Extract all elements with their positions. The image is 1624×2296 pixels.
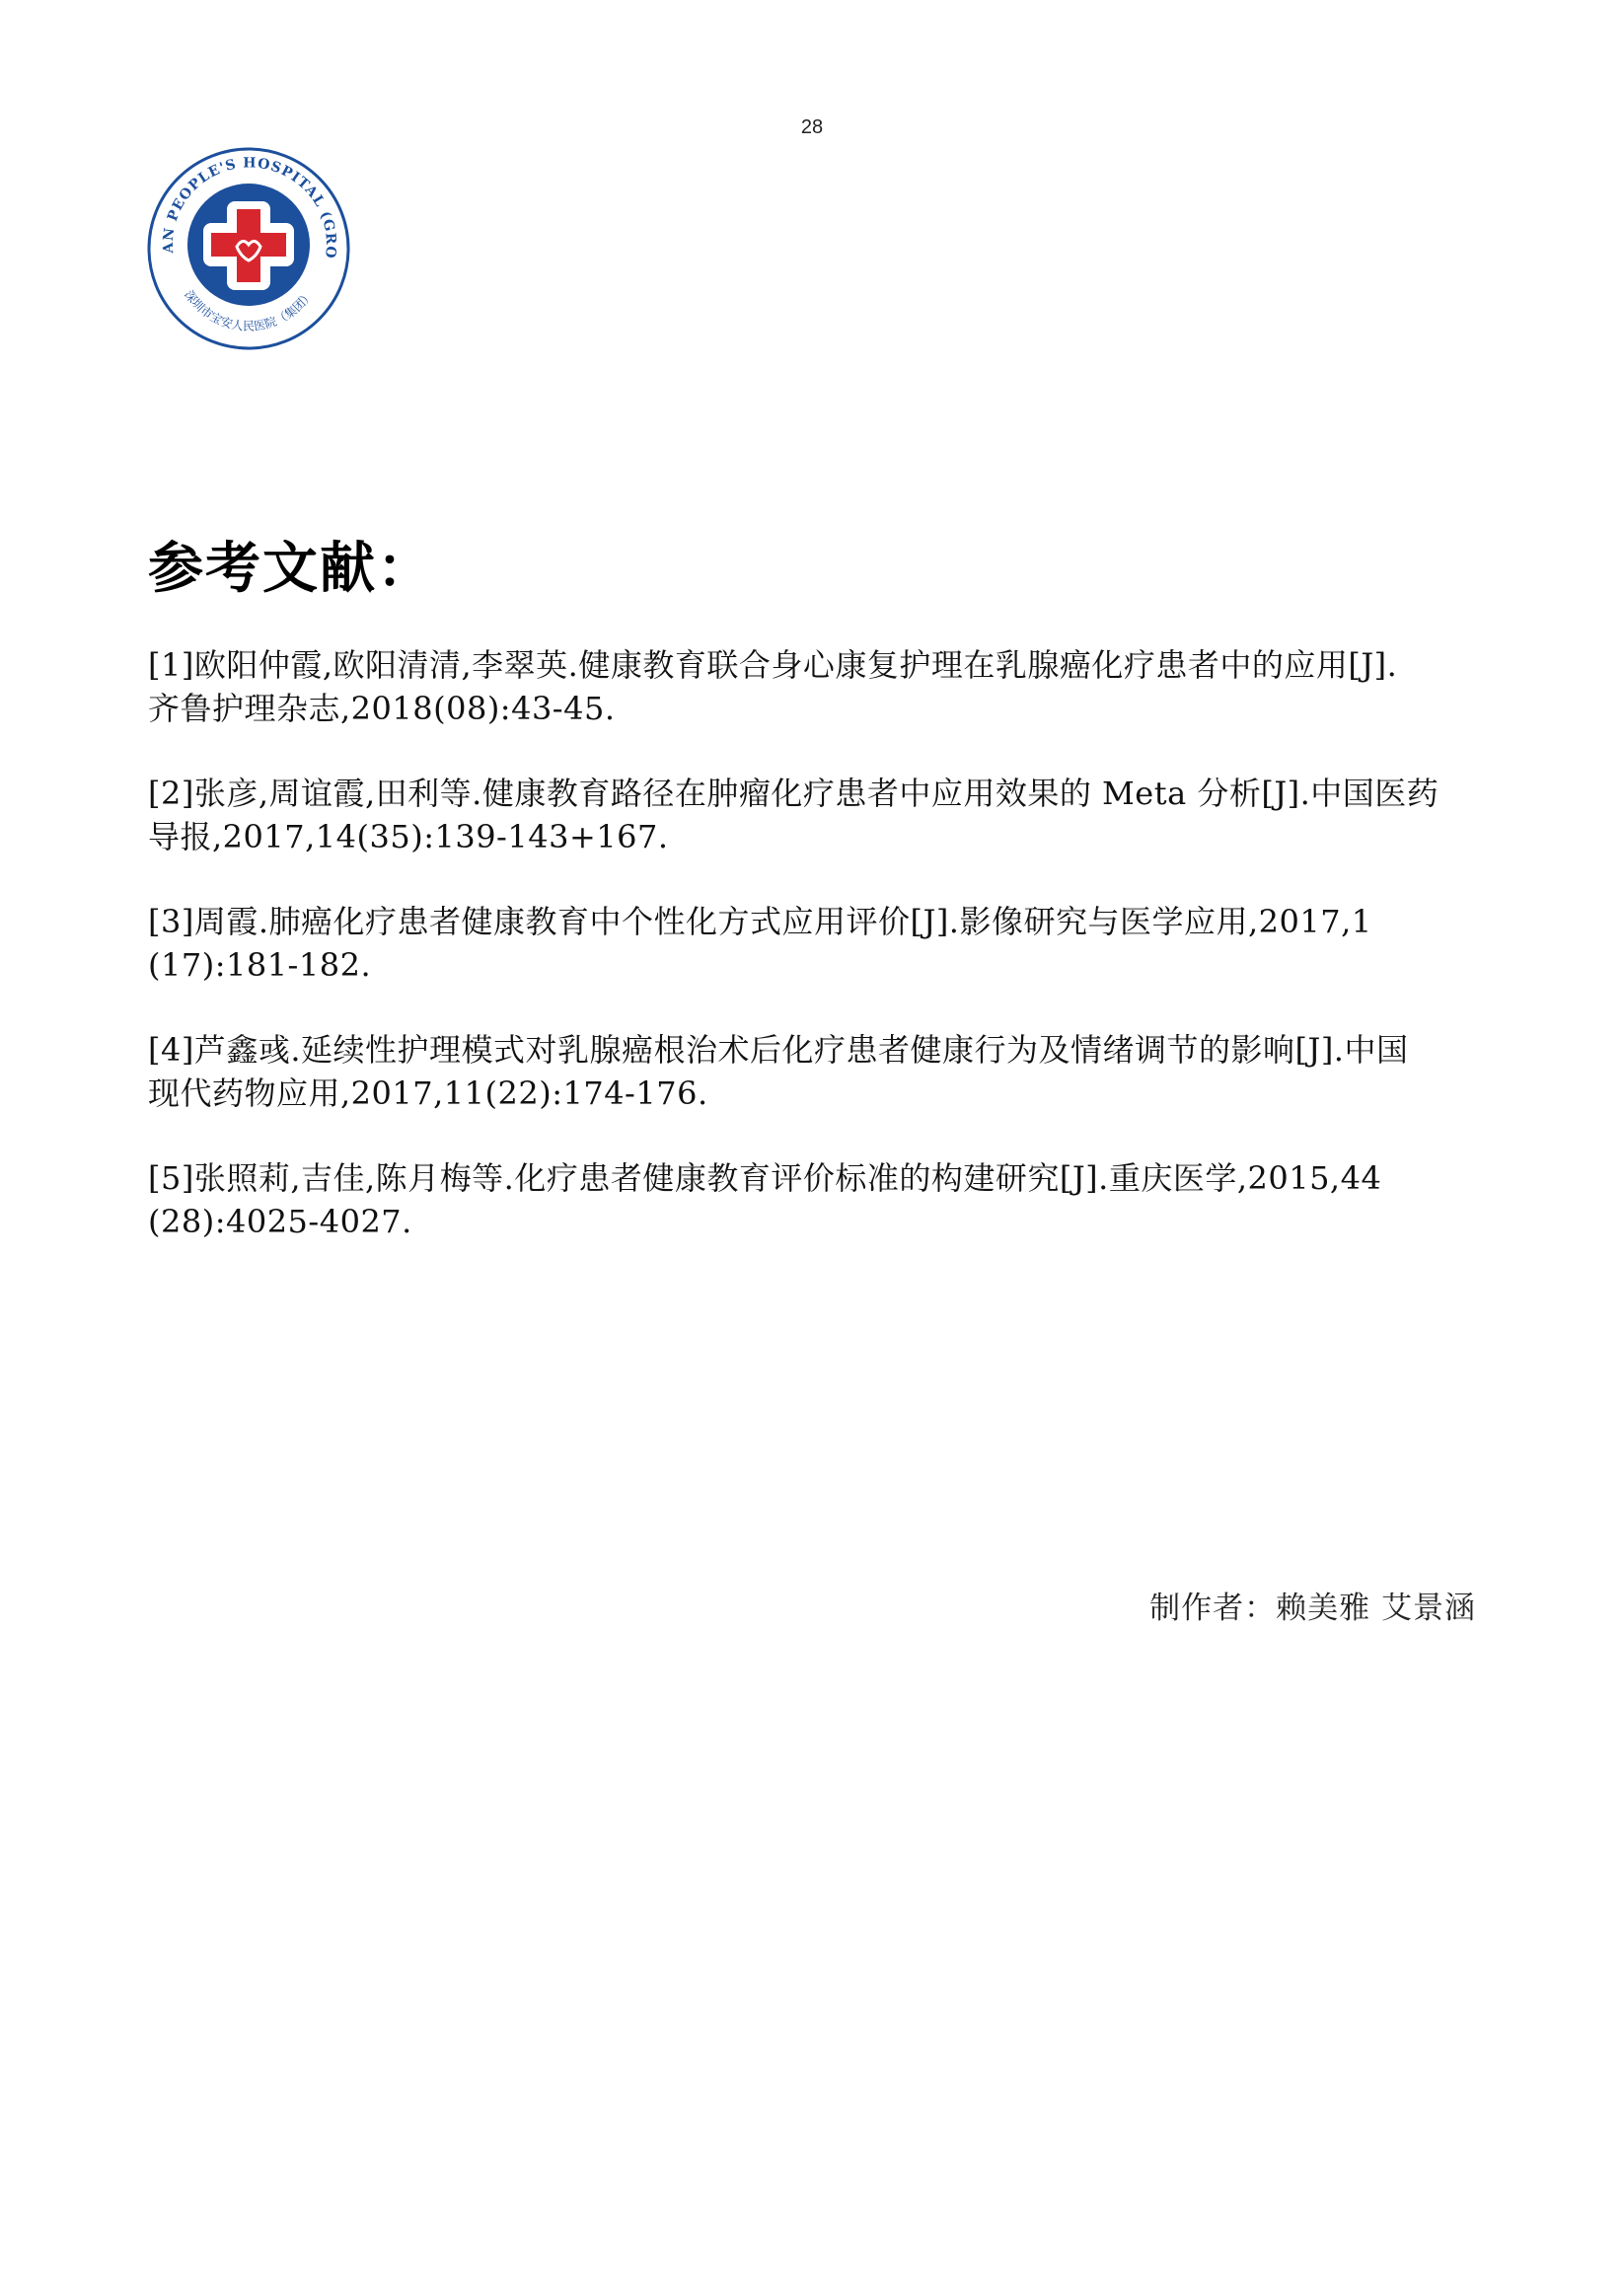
reference-item: [3]周霞.肺癌化疗患者健康教育中个性化方式应用评价[J].影像研究与医学应用,… [148,900,1490,987]
reference-line: (17):181-182. [148,943,1490,987]
author-credit: 制作者：赖美雅 艾景涵 [1149,1583,1476,1627]
hospital-logo: BAOAN PEOPLE'S HOSPITAL (GROUP) 深圳市宝安人民医… [146,146,351,351]
reference-line: [3]周霞.肺癌化疗患者健康教育中个性化方式应用评价[J].影像研究与医学应用,… [148,900,1490,943]
reference-line: [4]芦鑫彧.延续性护理模式对乳腺癌根治术后化疗患者健康行为及情绪调节的影响[J… [148,1028,1490,1072]
reference-list: [1]欧阳仲霞,欧阳清清,李翠英.健康教育联合身心康复护理在乳腺癌化疗患者中的应… [148,643,1490,1285]
reference-line: 导报,2017,14(35):139-143+167. [148,815,1490,858]
reference-item: [5]张照莉,吉佳,陈月梅等.化疗患者健康教育评价标准的构建研究[J].重庆医学… [148,1156,1490,1243]
reference-item: [2]张彦,周谊霞,田利等.健康教育路径在肿瘤化疗患者中应用效果的 Meta 分… [148,772,1490,858]
reference-item: [1]欧阳仲霞,欧阳清清,李翠英.健康教育联合身心康复护理在乳腺癌化疗患者中的应… [148,643,1490,730]
references-heading: 参考文献： [148,525,434,604]
page-number: 28 [0,116,1624,139]
hospital-logo-icon: BAOAN PEOPLE'S HOSPITAL (GROUP) 深圳市宝安人民医… [146,146,351,351]
reference-line: [1]欧阳仲霞,欧阳清清,李翠英.健康教育联合身心康复护理在乳腺癌化疗患者中的应… [148,643,1490,687]
reference-line: 齐鲁护理杂志,2018(08):43-45. [148,687,1490,730]
reference-line: [2]张彦,周谊霞,田利等.健康教育路径在肿瘤化疗患者中应用效果的 Meta 分… [148,772,1490,815]
reference-line: (28):4025-4027. [148,1200,1490,1243]
reference-item: [4]芦鑫彧.延续性护理模式对乳腺癌根治术后化疗患者健康行为及情绪调节的影响[J… [148,1028,1490,1115]
reference-line: [5]张照莉,吉佳,陈月梅等.化疗患者健康教育评价标准的构建研究[J].重庆医学… [148,1156,1490,1200]
reference-line: 现代药物应用,2017,11(22):174-176. [148,1072,1490,1115]
